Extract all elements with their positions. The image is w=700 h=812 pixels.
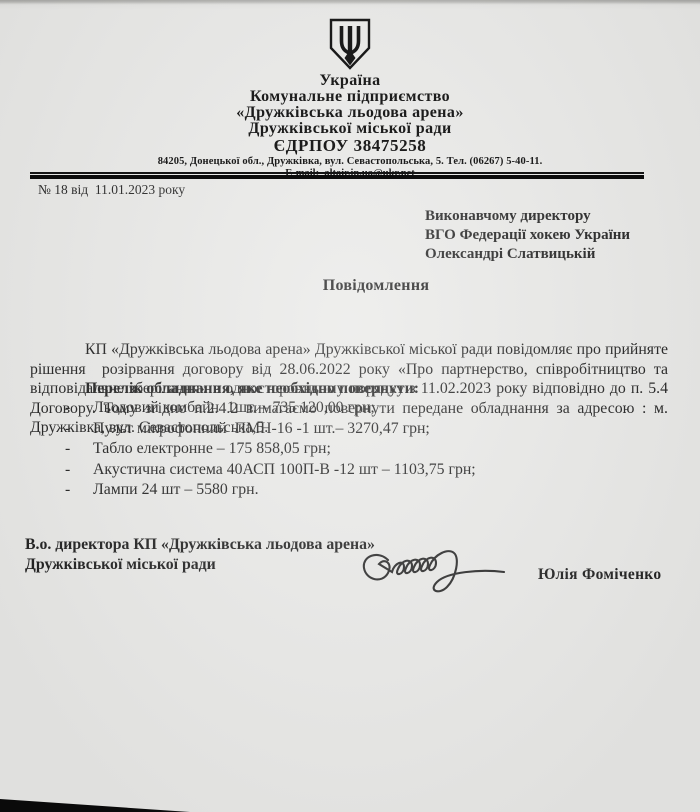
equipment-list-intro: Перелік обладнання, яке необхідно поверн… [85,380,419,398]
recipient-block: Виконавчому директору ВГО Федерації хоке… [425,207,630,264]
recipient-line: Олександрі Слатвицькій [425,245,630,264]
signer-position-block: В.о. директора КП «Дружківська льодова а… [25,535,375,575]
list-item: Табло електронне – 175 858,05 грн; [65,439,665,460]
org-type: Комунальне підприємство [0,89,700,105]
document-title: Повідомлення [0,277,700,295]
org-address: 84205, Донецької обл., Дружківка, вул. С… [0,156,700,167]
scanned-letter-page: Україна Комунальне підприємство «Дружків… [0,0,700,812]
list-item: Льодовий комбайн 1шт. – 735 120,00 грн; [65,398,665,419]
scan-top-edge [0,0,700,4]
signature-icon [352,542,522,604]
ukraine-trident-icon [327,18,373,70]
recipient-line: ВГО Федерації хокею України [425,226,630,245]
edrpou-code: ЄДРПОУ 38475258 [0,137,700,154]
scan-corner-shadow [0,799,190,812]
list-item: Акустична система 40АСП 100П-В -12 шт – … [65,460,665,481]
list-item: Лампи 24 шт – 5580 грн. [65,480,665,501]
signer-position-line: В.о. директора КП «Дружківська льодова а… [25,535,375,555]
list-item: Пульт мікрофонний ПМН-16 -1 шт.– 3270,47… [65,419,665,440]
divider-thin-line [30,172,644,174]
org-name: «Дружківська льодова арена» [0,105,700,121]
country-name: Україна [0,73,700,89]
signer-position-line: Дружківської міської ради [25,555,375,575]
equipment-list: Льодовий комбайн 1шт. – 735 120,00 грн; … [65,398,665,501]
recipient-line: Виконавчому директору [425,207,630,226]
signer-name: Юлія Фоміченко [538,566,661,584]
divider-thick-line [30,175,644,179]
reference-number: № 18 від 11.01.2023 року [38,182,185,198]
letterhead: Україна Комунальне підприємство «Дружків… [0,18,700,179]
letterhead-divider [30,172,644,179]
org-council: Дружківської міської ради [0,121,700,137]
